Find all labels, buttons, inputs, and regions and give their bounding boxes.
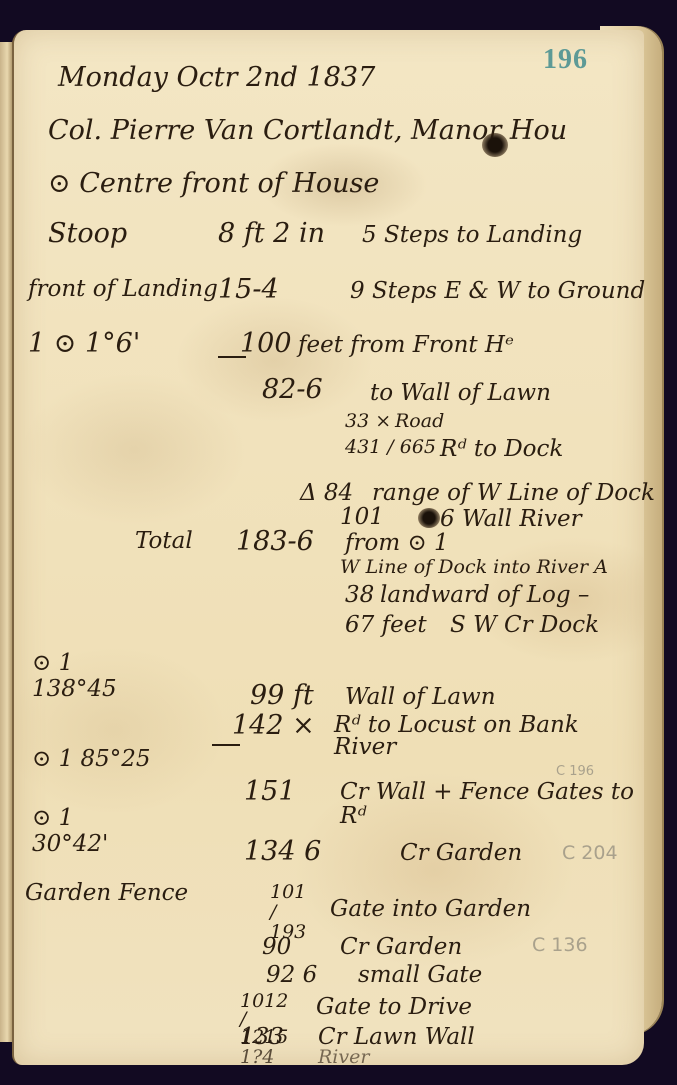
row-value: 100 <box>240 328 292 359</box>
row-value: Δ 84 <box>300 480 353 506</box>
row-note: Cr Garden <box>400 840 522 866</box>
row-note: Cr Wall + Fence Gates to Rᵈ <box>340 780 640 828</box>
row-note: S W Cr Dock <box>450 612 599 638</box>
row-note: 5 Steps to Landing <box>362 222 582 248</box>
pencil-annotation: C 136 <box>532 934 588 956</box>
row-note: W Line of Dock into River A <box>340 556 608 578</box>
row-value: 99 ft <box>250 680 314 711</box>
page-number-stamp: 196 <box>543 44 588 76</box>
entry-date: Monday Octr 2nd 1837 <box>58 62 375 93</box>
row-label: Stoop <box>48 218 127 249</box>
row-value: 1?4 <box>240 1046 274 1068</box>
row-label: Total <box>135 528 193 554</box>
row-note: small Gate <box>358 962 482 988</box>
row-value: 15-4 <box>218 274 279 305</box>
row-value: 142 × <box>232 710 315 741</box>
row-value: 101 <box>340 504 384 530</box>
row-value: 38 <box>345 582 374 608</box>
row-note: Rᵈ to Locust on Bank River <box>334 714 644 758</box>
row-value: 82-6 <box>262 374 323 405</box>
row-value: 151 <box>244 776 296 807</box>
pencil-annotation: C 196 <box>556 764 594 779</box>
row-value: 33 × <box>345 410 391 432</box>
pencil-annotation: C 204 <box>562 842 618 864</box>
ink-blot <box>482 133 508 157</box>
row-note: to Wall of Lawn <box>370 380 551 406</box>
entry-station: ⊙ Centre front of House <box>48 168 379 199</box>
row-label: front of Landing <box>28 276 218 302</box>
row-note: feet from Front Hᵉ <box>298 332 514 358</box>
row-note: 6 Wall River <box>440 506 582 532</box>
row-label: 1 ⊙ 1°6' <box>28 328 140 359</box>
row-note: Wall of Lawn <box>345 684 496 710</box>
row-value: 101 / 193 <box>270 882 310 942</box>
row-label: Garden Fence <box>25 880 188 906</box>
ink-blot <box>418 508 440 528</box>
row-value: 134 6 <box>244 836 321 867</box>
row-label: ⊙ 1 85°25 <box>32 745 152 773</box>
row-note: Road <box>395 410 444 432</box>
row-value: 183-6 <box>236 526 314 557</box>
row-note: landward of Log – <box>380 582 589 608</box>
underline-mark <box>212 744 240 746</box>
row-value: 431 / 665 <box>345 436 436 458</box>
row-note: Rᵈ to Dock <box>440 436 563 462</box>
row-note: from ⊙ 1 <box>345 530 449 556</box>
row-value: 92 6 <box>266 962 317 988</box>
row-note: Cr Garden <box>340 934 462 960</box>
row-note: 9 Steps E & W to Ground <box>350 278 645 304</box>
row-note: range of W Line of Dock <box>372 480 655 506</box>
row-note: Gate into Garden <box>330 896 531 922</box>
row-label: ⊙ 1 30°42' <box>32 805 152 857</box>
row-value: 67 feet <box>345 612 427 638</box>
row-label: ⊙ 1 138°45 <box>32 650 152 702</box>
row-value: 90 <box>262 934 291 960</box>
row-note: Gate to Drive <box>316 994 472 1020</box>
row-note: River <box>318 1046 369 1068</box>
row-value: 8 ft 2 in <box>218 218 325 249</box>
